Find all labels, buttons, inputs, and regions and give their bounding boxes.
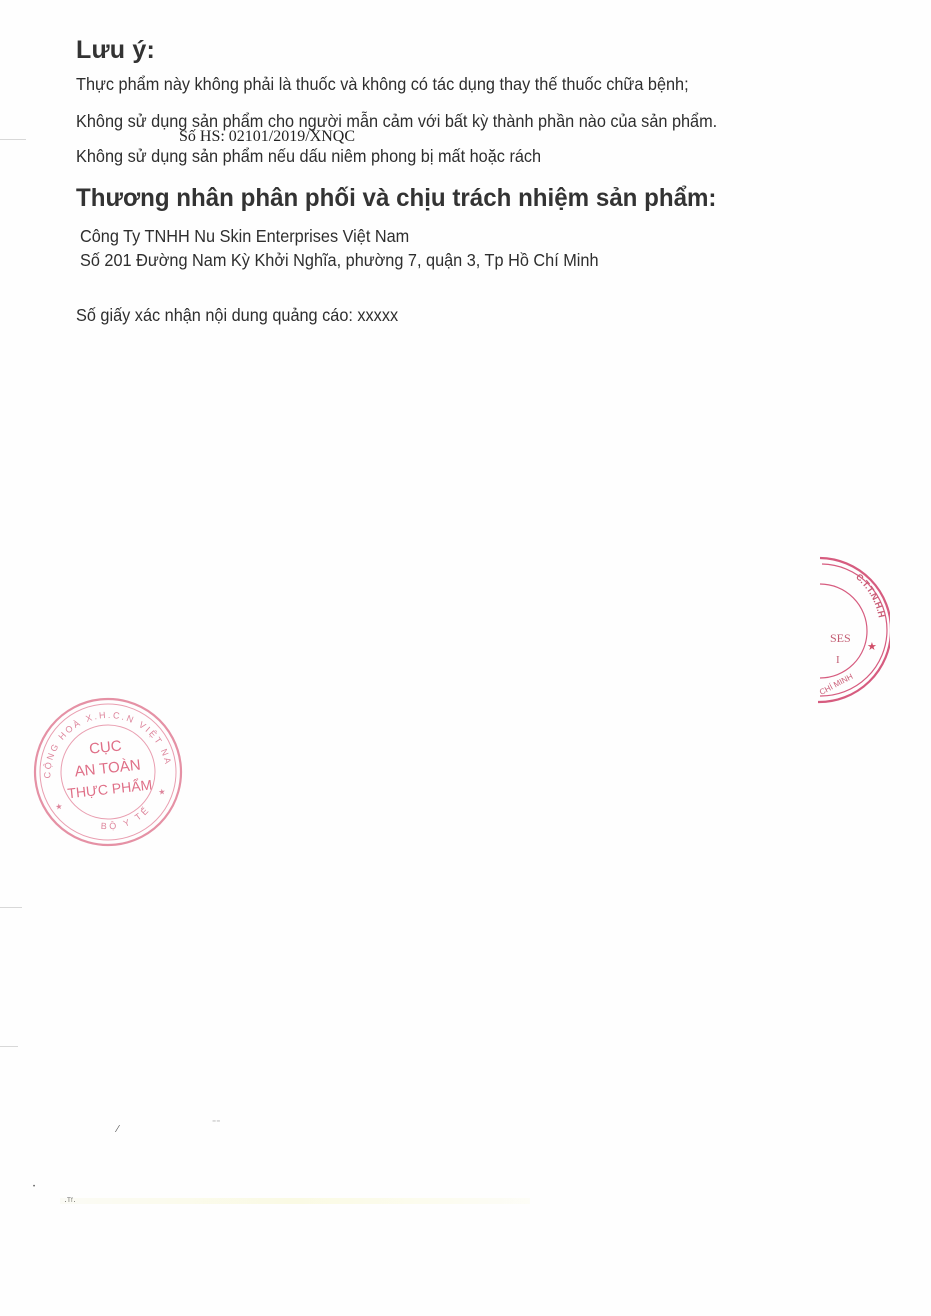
svg-text:★: ★ (867, 641, 877, 653)
food-safety-agency-stamp: CỘNG HOÀ X.H.C.N VIỆT NAM BỘ Y TẾ ★ ★ CỤ… (30, 696, 186, 848)
svg-text:SES: SES (830, 631, 851, 645)
scan-edge-mark (0, 1046, 18, 1047)
svg-text:I: I (836, 654, 840, 666)
document-page: Lưu ý: Thực phẩm này không phải là thuốc… (0, 0, 931, 1316)
scan-speck: ⁻⁻ (212, 1118, 220, 1127)
scan-edge-mark (0, 907, 22, 908)
distributor-heading: Thương nhân phân phối và chịu trách nhiệ… (76, 184, 716, 213)
note-line-1: Thực phẩm này không phải là thuốc và khô… (76, 74, 689, 95)
notes-heading: Lưu ý: (76, 36, 155, 65)
company-seal-stamp: C.T.T.N.H.H SES I CHÍ MINH ★ (790, 552, 890, 707)
distributor-company: Công Ty TNHH Nu Skin Enterprises Việt Na… (80, 226, 409, 247)
svg-text:★: ★ (158, 787, 166, 797)
ad-confirmation-number: Số giấy xác nhận nội dung quảng cáo: xxx… (76, 305, 398, 326)
svg-text:★: ★ (55, 802, 63, 812)
scan-artifact-band (60, 1198, 530, 1204)
scan-speck: • (33, 1184, 35, 1190)
registration-number-overlay: Số HS: 02101/2019/XNQC (179, 128, 355, 146)
note-line-2: Không sử dụng sản phẩm cho người mẫn cảm… (76, 111, 717, 132)
scan-edge-mark (0, 139, 26, 140)
scan-speck: ⁄ (117, 1124, 119, 1135)
svg-text:AN TOÀN: AN TOÀN (74, 757, 142, 781)
distributor-address: Số 201 Đường Nam Kỳ Khởi Nghĩa, phường 7… (80, 250, 599, 271)
svg-text:CỤC: CỤC (88, 737, 122, 757)
note-line-3: Không sử dụng sản phẩm nếu dấu niêm phon… (76, 146, 541, 167)
svg-text:BỘ Y TẾ: BỘ Y TẾ (98, 803, 154, 832)
